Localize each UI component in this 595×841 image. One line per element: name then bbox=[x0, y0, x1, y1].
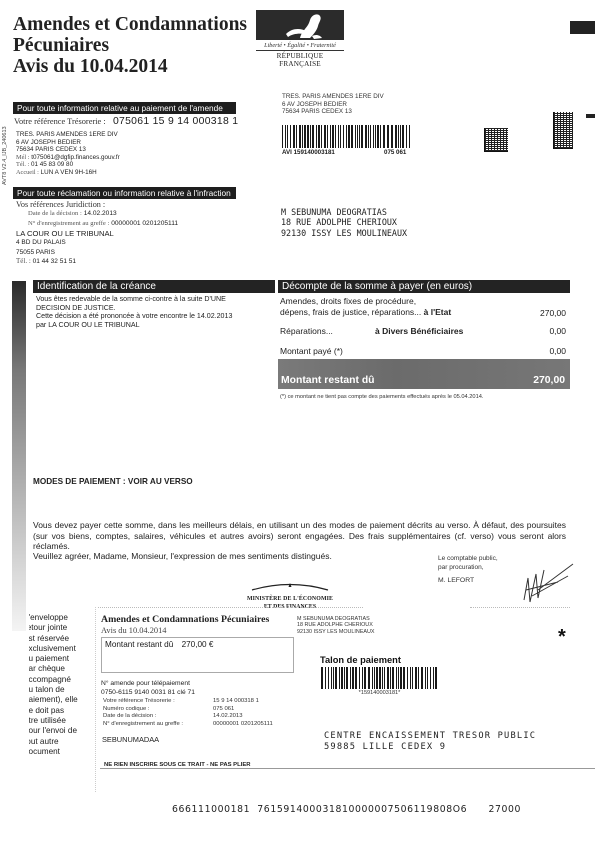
detail-label: Votre référence Trésorerie : bbox=[103, 698, 213, 706]
telepay-value: 0750-6115 9140 0031 81 clé 71 bbox=[101, 689, 195, 698]
infraction-info-heading: Pour toute réclamation ou information re… bbox=[13, 187, 236, 199]
decompte-row-etat: Amendes, droits fixes de procédure, dépe… bbox=[280, 296, 451, 317]
signer-block: Le comptable public, par procuration, M.… bbox=[438, 555, 498, 586]
decompte-label-bold: à Divers Bénéficiaires bbox=[375, 326, 463, 336]
document-title: Amendes et Condamnations Pécuniaires Avi… bbox=[13, 14, 247, 77]
logo-motto: Liberté • Égalité • Fraternité bbox=[256, 42, 344, 51]
title-date: Avis du 10.04.2014 bbox=[13, 56, 247, 77]
coupon-title: Amendes et Condamnations Pécuniaires bbox=[101, 614, 269, 625]
barcode-right-text: 075 061 bbox=[384, 149, 406, 156]
decompte-heading: Décompte de la somme à payer (en euros) bbox=[278, 280, 570, 293]
decision-date-label: Date de la décision : bbox=[28, 210, 82, 217]
signer-role: Le comptable public, bbox=[438, 555, 498, 564]
recipient-line: 92130 ISSY LES MOULINEAUX bbox=[281, 228, 407, 238]
registration-mark bbox=[570, 21, 595, 34]
barcode-left-text: AVI 159140003181 bbox=[282, 149, 335, 156]
name-code: SEBUNUMADAA bbox=[102, 735, 159, 744]
datamatrix-code bbox=[484, 128, 508, 152]
decision-date-value: 14.02.2013 bbox=[84, 210, 117, 217]
envelope-note-line: être utilisée bbox=[29, 716, 93, 726]
envelope-note-line: document bbox=[29, 747, 93, 757]
sender-line: 75634 PARIS CEDEX 13 bbox=[282, 108, 384, 116]
coupon-subtitle: Avis du 10.04.2014 bbox=[101, 626, 166, 635]
total-due-bar: Montant restant dû 270,00 bbox=[278, 359, 570, 389]
detail-value: 15 9 14 000318 1 bbox=[213, 698, 259, 704]
detail-value: 00000001 0201205111 bbox=[213, 721, 273, 727]
coupon-recipient: M SEBUNUMA DEOGRATIAS 18 RUE ADOLPHE CHE… bbox=[297, 616, 375, 635]
jurisdiction-label: Vos références Juridiction : bbox=[16, 200, 178, 209]
mail-label: Mél : bbox=[16, 154, 29, 161]
ministry-arc-icon bbox=[250, 581, 330, 591]
tel-value: 01 45 83 09 80 bbox=[31, 161, 73, 168]
envelope-note-line: du talon de bbox=[29, 685, 93, 695]
talon-barcode-text: *159140003181* bbox=[321, 690, 438, 696]
signer-name: M. LEFORT bbox=[438, 577, 498, 586]
title-line: Pécuniaires bbox=[13, 35, 247, 56]
payment-paragraph: Vous devez payer cette somme, dans les m… bbox=[33, 520, 566, 552]
sender-address: TRES. PARIS AMENDES 1ERE DIV 6 AV JOSEPH… bbox=[282, 93, 384, 116]
total-due-label: Montant restant dû bbox=[281, 375, 375, 386]
logo-republique: RÉPUBLIQUE FRANÇAISE bbox=[256, 52, 344, 68]
center-line: 59885 LILLE CEDEX 9 bbox=[324, 742, 536, 753]
signature-icon bbox=[518, 560, 578, 613]
detail-value: 075 061 bbox=[213, 706, 234, 712]
creance-line: par LA COUR OU LE TRIBUNAL bbox=[36, 321, 232, 330]
court-address: LA COUR OU LE TRIBUNAL 4 BD DU PALAIS 75… bbox=[16, 229, 114, 267]
envelope-note-line: est réservée bbox=[29, 634, 93, 644]
coupon-details: Votre référence Trésorerie :15 9 14 0003… bbox=[103, 698, 273, 728]
greffe-label: N° d'enregistrement au greffe : bbox=[28, 220, 109, 227]
recipient-line: 18 RUE ADOLPHE CHERIOUX bbox=[281, 217, 407, 227]
court-line: LA COUR OU LE TRIBUNAL bbox=[16, 229, 114, 238]
treasury-address: TRES. PARIS AMENDES 1ERE DIV 6 AV JOSEPH… bbox=[16, 131, 120, 177]
coupon-amount-label: Montant restant dû bbox=[105, 640, 173, 649]
court-line: 4 BD DU PALAIS bbox=[16, 238, 114, 247]
registration-mark bbox=[586, 114, 595, 118]
treasury-reference: Votre référence Trésorerie : 075061 15 9… bbox=[14, 116, 238, 127]
address-line: 75634 PARIS CEDEX 13 bbox=[16, 146, 120, 154]
detail-label: Date de la décision : bbox=[103, 713, 213, 721]
treasury-reference-value: 075061 15 9 14 000318 1 bbox=[113, 116, 238, 127]
coupon-perforation bbox=[98, 607, 363, 608]
accueil-label: Accueil : bbox=[16, 169, 39, 176]
center-line: CENTRE ENCAISSEMENT TRESOR PUBLIC bbox=[324, 731, 536, 742]
envelope-note-line: par chèque bbox=[29, 664, 93, 674]
coupon-perforation bbox=[470, 607, 570, 608]
decompte-value-etat: 270,00 bbox=[500, 308, 566, 318]
decompte-row-beneficiaires: Réparations... à Divers Bénéficiaires bbox=[280, 326, 333, 336]
envelope-note-line: ne doit pas bbox=[29, 706, 93, 716]
closing-sentence: Veuillez agréer, Madame, Monsieur, l'exp… bbox=[33, 551, 332, 562]
sender-line: 6 AV JOSEPH BEDIER bbox=[282, 101, 384, 109]
decompte-label-bold: à l'Etat bbox=[424, 307, 452, 317]
payment-info-heading: Pour toute information relative au paiem… bbox=[13, 102, 236, 114]
decompte-value-beneficiaires: 0,00 bbox=[500, 326, 566, 336]
court-line: 75055 PARIS bbox=[16, 248, 114, 257]
envelope-note-line: exclusivement bbox=[29, 644, 93, 654]
marianne-logo-icon bbox=[256, 10, 344, 40]
treasury-reference-label: Votre référence Trésorerie : bbox=[14, 117, 106, 126]
email-link[interactable]: t075061@dgfip.finances.gouv.fr bbox=[31, 154, 120, 161]
decompte-footnote: (*) ce montant ne tient pas compte des p… bbox=[280, 394, 484, 400]
payment-center-address: CENTRE ENCAISSEMENT TRESOR PUBLIC 59885 … bbox=[324, 731, 536, 753]
coupon-amount-value: 270,00 € bbox=[182, 640, 214, 649]
detail-label: N° d'enregistrement au greffe : bbox=[103, 721, 213, 729]
tel-value: 01 44 32 51 51 bbox=[33, 258, 76, 265]
recipient-line: M SEBUNUMA DEOGRATIAS bbox=[281, 207, 407, 217]
recipient-line: 18 RUE ADOLPHE CHERIOUX bbox=[297, 622, 375, 628]
decompte-row-paye: Montant payé (*) bbox=[280, 346, 343, 356]
sender-line: TRES. PARIS AMENDES 1ERE DIV bbox=[282, 93, 384, 101]
envelope-note-line: paiement), elle bbox=[29, 695, 93, 705]
decompte-label: Amendes, droits fixes de procédure, bbox=[280, 296, 451, 307]
payment-modes-notice: MODES DE PAIEMENT : VOIR AU VERSO bbox=[33, 477, 193, 486]
title-line: Amendes et Condamnations bbox=[13, 14, 247, 35]
barcode bbox=[282, 125, 412, 148]
total-due-value: 270,00 bbox=[533, 375, 565, 386]
coupon-amount: Montant restant dû 270,00 € bbox=[102, 638, 293, 651]
talon-barcode bbox=[321, 667, 438, 689]
envelope-note-line: pour l'envoi de bbox=[29, 726, 93, 736]
envelope-note-line: L'enveloppe bbox=[29, 613, 93, 623]
signer-role: par procuration, bbox=[438, 564, 498, 573]
envelope-note-line: au paiement bbox=[29, 654, 93, 664]
coupon-divider bbox=[100, 768, 595, 769]
tel-label: Tél. : bbox=[16, 161, 29, 168]
creance-line: Cette décision a été prononcée à votre e… bbox=[36, 312, 232, 321]
ministry-name: MINISTÈRE DE L'ÉCONOMIE bbox=[235, 596, 345, 604]
address-line: 6 AV JOSEPH BEDIER bbox=[16, 139, 120, 147]
creance-text: Vous êtes redevable de la somme ci-contr… bbox=[36, 295, 232, 329]
creance-line: Vous êtes redevable de la somme ci-contr… bbox=[36, 295, 232, 304]
accueil-value: LUN A VEN 9H-16H bbox=[41, 169, 97, 176]
ocr-line: 666111000181 761591400031810000007506119… bbox=[172, 804, 521, 815]
coupon-perforation bbox=[95, 607, 96, 792]
decompte-label: Réparations... bbox=[280, 326, 333, 336]
telepayment-number: N° amende pour télépaiement 0750-6115 91… bbox=[101, 680, 195, 697]
creance-heading: Identification de la créance bbox=[33, 280, 275, 293]
decompte-value-paye: 0,00 bbox=[500, 346, 566, 356]
telepay-label: N° amende pour télépaiement bbox=[101, 680, 195, 689]
envelope-note-line: tout autre bbox=[29, 737, 93, 747]
recipient-address: M SEBUNUMA DEOGRATIAS 18 RUE ADOLPHE CHE… bbox=[281, 207, 407, 238]
coupon-amount-box: Montant restant dû 270,00 € bbox=[101, 637, 294, 673]
detail-value: 14.02.2013 bbox=[213, 713, 242, 719]
datamatrix-code bbox=[553, 112, 573, 149]
detail-label: Numéro codique : bbox=[103, 706, 213, 714]
form-code: AVT8 V2.4_IJB_240613 bbox=[2, 126, 8, 185]
decorative-side-bar bbox=[12, 281, 26, 631]
asterisk-mark: * bbox=[558, 626, 566, 649]
decompte-label: dépens, frais de justice, réparations... bbox=[280, 307, 421, 317]
talon-title: Talon de paiement bbox=[320, 655, 401, 665]
barcode-caption: AVI 159140003181 075 061 bbox=[282, 149, 412, 156]
address-line: TRES. PARIS AMENDES 1ERE DIV bbox=[16, 131, 120, 139]
envelope-note: L'envelopperetour jointeest réservéeexcl… bbox=[29, 613, 93, 757]
recipient-line: 92130 ISSY LES MOULINEAUX bbox=[297, 629, 375, 635]
tel-label: Tél. : bbox=[16, 257, 31, 265]
greffe-value: 00000001 0201205111 bbox=[111, 220, 178, 227]
envelope-note-line: accompagné bbox=[29, 675, 93, 685]
creance-line: DECISION DE JUSTICE. bbox=[36, 304, 232, 313]
jurisdiction-references: Vos références Juridiction : Date de la … bbox=[16, 200, 178, 228]
envelope-note-line: retour jointe bbox=[29, 623, 93, 633]
